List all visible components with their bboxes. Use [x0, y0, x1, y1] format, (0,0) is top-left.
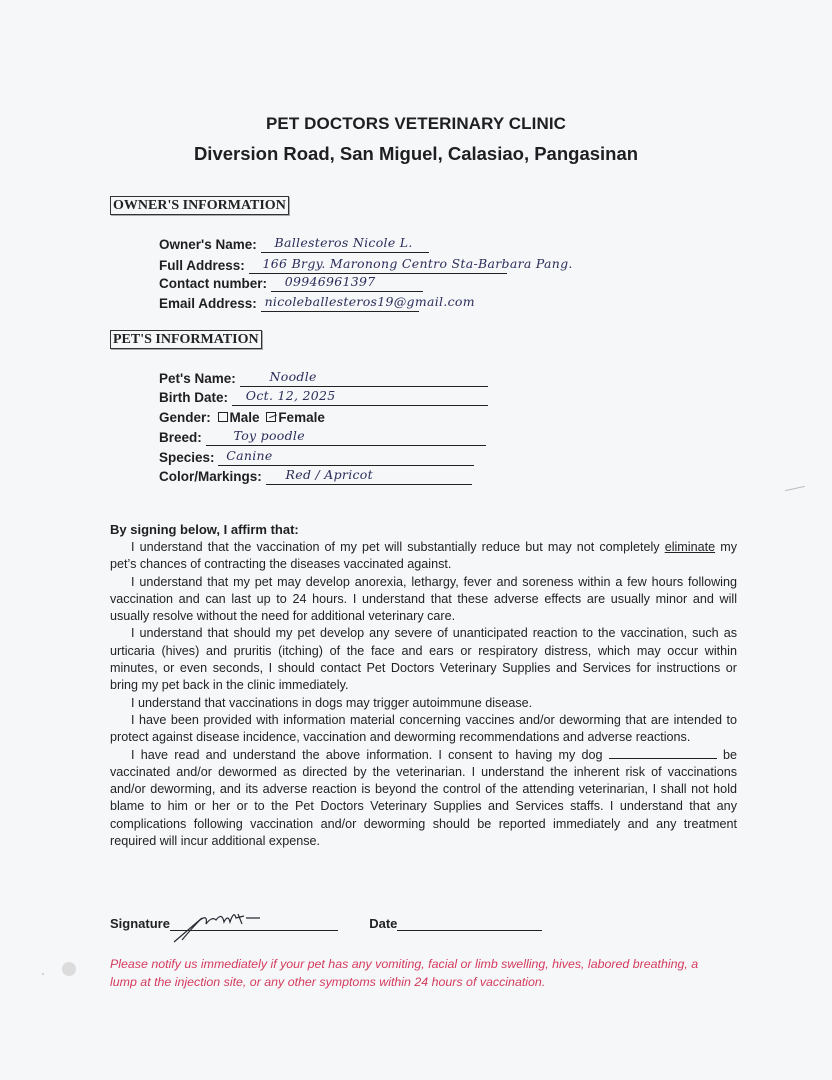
- birth-date-label: Birth Date:: [159, 390, 228, 405]
- email-address-field[interactable]: Email Address: nicoleballesteros19@gmail…: [159, 295, 419, 312]
- clinic-name: PET DOCTORS VETERINARY CLINIC: [0, 114, 832, 134]
- consent-paragraph-4: I understand that vaccinations in dogs m…: [110, 695, 737, 712]
- consent-paragraph-6: I have read and understand the above inf…: [110, 747, 737, 851]
- date-field[interactable]: [397, 916, 542, 931]
- signature-row: Signature Date: [110, 916, 542, 931]
- clinic-address: Diversion Road, San Miguel, Calasiao, Pa…: [0, 143, 832, 165]
- contact-number-value[interactable]: 09946961397: [285, 273, 376, 290]
- full-address-label: Full Address:: [159, 258, 245, 273]
- female-checkbox[interactable]: [266, 412, 276, 422]
- owner-name-label: Owner's Name:: [159, 237, 257, 252]
- signature-label: Signature: [110, 916, 170, 931]
- contact-number-field[interactable]: Contact number: 09946961397: [159, 275, 423, 292]
- gender-field: Gender: Male Female: [159, 409, 325, 426]
- consent-paragraph-1: I understand that the vaccination of my …: [110, 539, 737, 574]
- female-label: Female: [278, 410, 325, 425]
- owner-section-title: OWNER'S INFORMATION: [110, 196, 289, 215]
- male-checkbox[interactable]: [218, 412, 228, 422]
- birth-date-value[interactable]: Oct. 12, 2025: [246, 387, 336, 404]
- breed-field[interactable]: Breed: Toy poodle: [159, 429, 486, 446]
- paper-stain: [62, 962, 76, 976]
- species-field[interactable]: Species: Canine: [159, 449, 474, 466]
- breed-label: Breed:: [159, 430, 202, 445]
- birth-date-field[interactable]: Birth Date: Oct. 12, 2025: [159, 389, 488, 406]
- consent-paragraph-5: I have been provided with information ma…: [110, 712, 737, 747]
- date-label: Date: [369, 916, 397, 931]
- pet-name-field[interactable]: Pet's Name: Noodle: [159, 370, 488, 387]
- eliminate-underlined: eliminate: [665, 540, 715, 554]
- paper-mark: [785, 486, 805, 491]
- paper-speck: [42, 973, 44, 975]
- dog-name-blank[interactable]: [609, 747, 717, 759]
- gender-label: Gender:: [159, 410, 211, 425]
- consent-form-page: PET DOCTORS VETERINARY CLINIC Diversion …: [0, 0, 832, 1080]
- color-markings-field[interactable]: Color/Markings: Red / Apricot: [159, 468, 472, 485]
- species-value[interactable]: Canine: [226, 447, 272, 464]
- pet-name-label: Pet's Name:: [159, 371, 236, 386]
- signature-field[interactable]: [170, 916, 338, 931]
- male-label: Male: [230, 410, 260, 425]
- email-address-label: Email Address:: [159, 296, 257, 311]
- email-address-value[interactable]: nicoleballesteros19@gmail.com: [265, 293, 475, 310]
- signature-scribble-icon: [172, 910, 272, 944]
- breed-value[interactable]: Toy poodle: [234, 427, 305, 444]
- post-vaccination-notice: Please notify us immediately if your pet…: [110, 956, 710, 991]
- color-markings-label: Color/Markings:: [159, 469, 262, 484]
- consent-paragraph-3: I understand that should my pet develop …: [110, 625, 737, 694]
- color-markings-value[interactable]: Red / Apricot: [286, 466, 373, 483]
- owner-name-field[interactable]: Owner's Name: Ballesteros Nicole L.: [159, 236, 429, 253]
- full-address-field[interactable]: Full Address: 166 Brgy. Maronong Centro …: [159, 257, 507, 274]
- consent-paragraphs: I understand that the vaccination of my …: [110, 539, 737, 850]
- pet-name-value[interactable]: Noodle: [270, 368, 317, 385]
- species-label: Species:: [159, 450, 215, 465]
- owner-name-value[interactable]: Ballesteros Nicole L.: [275, 234, 413, 251]
- contact-number-label: Contact number:: [159, 276, 267, 291]
- pet-section-title: PET'S INFORMATION: [110, 330, 262, 349]
- consent-paragraph-2: I understand that my pet may develop ano…: [110, 574, 737, 626]
- affirm-heading: By signing below, I affirm that:: [110, 522, 299, 537]
- full-address-value[interactable]: 166 Brgy. Maronong Centro Sta-Barbara Pa…: [263, 255, 573, 272]
